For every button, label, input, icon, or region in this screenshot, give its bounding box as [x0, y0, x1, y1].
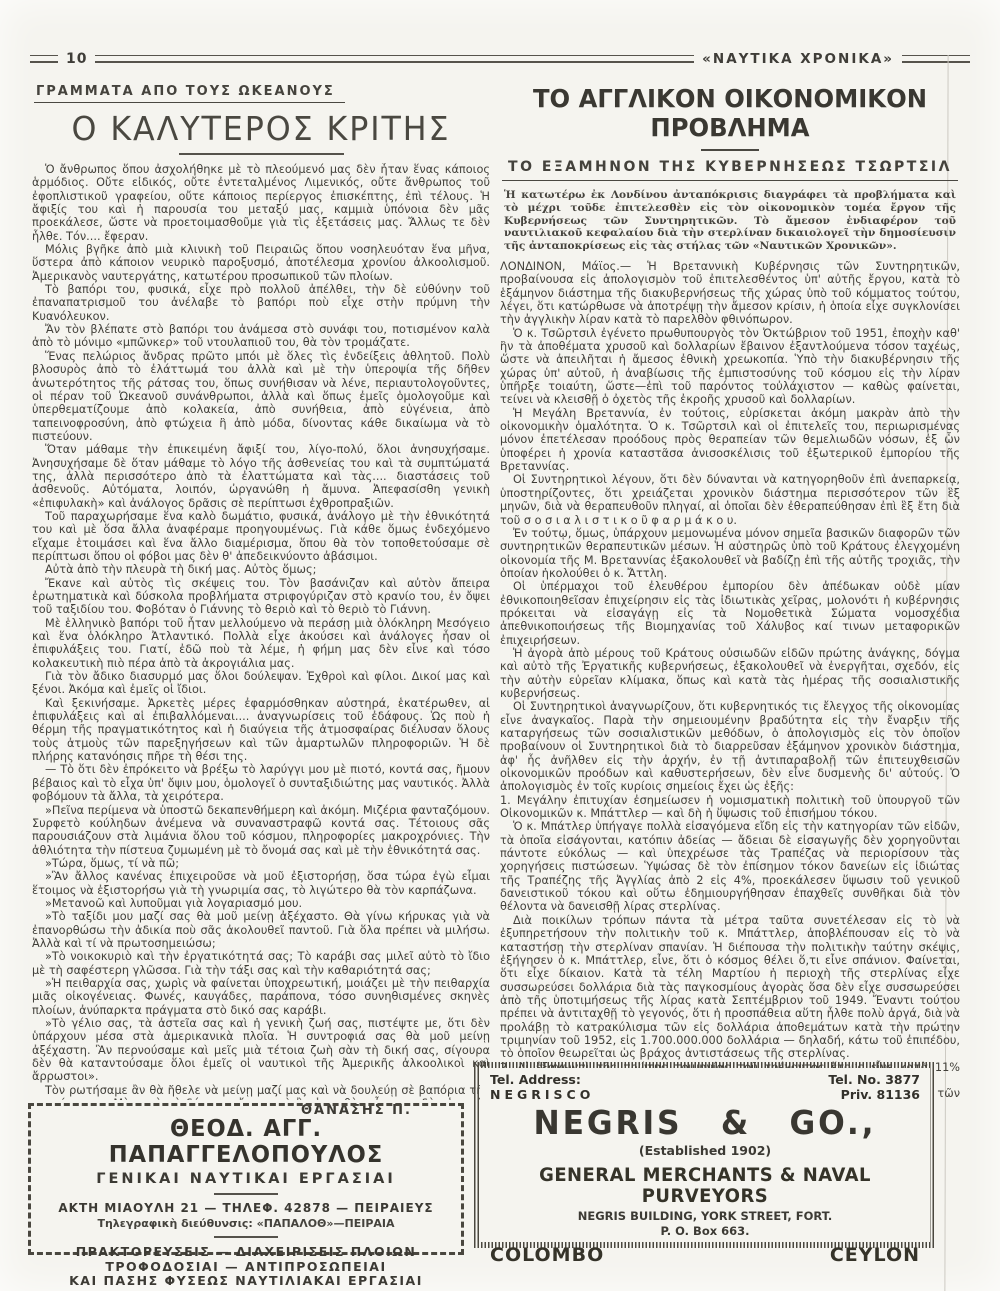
- article-paragraph: Καὶ ξεκινήσαμε. Ἀρκετὲς μέρες ἐφαρμόσθηκ…: [32, 697, 490, 764]
- ad-papaggelopoulos: ΘΕΟΔ. ΑΓΓ. ΠΑΠΑΓΓΕΛΟΠΟΥΛΟΣ ΓΕΝΙΚΑΙ ΝΑΥΤΙ…: [28, 1103, 464, 1255]
- kicker-label: ΓΡΑΜΜΑΤΑ ΑΠΟ ΤΟΥΣ ΩΚΕΑΝΟΥΣ: [34, 84, 345, 103]
- article-paragraph: »Τὸ ταξίδι μου μαζί σας θὰ μοῦ μείνῃ ἀξέ…: [32, 910, 490, 950]
- article-paragraph: Τὸ βαπόρι του, φυσικά, εἶχε πρὸ πολλοῦ ἀ…: [32, 283, 490, 323]
- article-paragraph: Ὁ κ. Τσῶρτσιλ ἐγένετο πρωθυπουργὸς τὸν Ὀ…: [500, 327, 960, 407]
- article-paragraph: Οἱ ὑπέρμαχοι τοῦ ἐλευθέρου ἐμπορίου δὲν …: [500, 580, 960, 647]
- right-article-subtitle: ΤΟ ΕΞΑΜΗΝΟΝ ΤΗΣ ΚΥΒΕΡΝΗΣΕΩΣ ΤΣΩΡΤΣΙΛ: [502, 159, 958, 181]
- right-title-rule: [701, 149, 759, 151]
- ad-negris-company-name: NEGRIS & GO.,: [501, 1103, 910, 1142]
- article-paragraph: Ὁ ἄνθρωπος ὅπου ἀσχολήθηκε μὲ τὸ πλεούμε…: [32, 163, 490, 243]
- article-paragraph: Ἄν τὸν βλέπατε στὸ βαπόρι του ἀνάμεσα στ…: [32, 323, 490, 350]
- article-paragraph: Διὰ ποικίλων τρόπων πάντα τὰ μέτρα ταῦτα…: [500, 914, 960, 1061]
- ad-negris-pobox-line: P. O. Box 663.: [490, 1224, 920, 1238]
- ad-papag-address: ΑΚΤΗ ΜΙΑΟΥΛΗ 21 — ΤΗΛΕΦ. 42878 — ΠΕΙΡΑΙΕ…: [31, 1201, 461, 1215]
- ad-papag-telegraph: Τηλεγραφικὴ διεύθυνσις: «ΠΑΠΑΛΟΘ»—ΠΕΙΡΑΙ…: [31, 1217, 461, 1230]
- right-article-body: ΛΟΝΔΙΝΟΝ, Μάϊος.— Ἡ Βρεταννικὴ Κυβέρνησι…: [500, 260, 960, 1102]
- left-article-body: Ὁ ἄνθρωπος ὅπου ἀσχολήθηκε μὲ τὸ πλεούμε…: [32, 163, 490, 1100]
- header-rule-middle: [95, 55, 694, 63]
- ad-negris-cities-row: COLOMBO CEYLON: [490, 1244, 920, 1266]
- ad-papag-service-line: ΚΑΙ ΠΑΣΗΣ ΦΥΣΕΩΣ ΝΑΥΤΙΛΙΑΚΑΙ ΕΡΓΑΣΙΑΙ: [31, 1274, 461, 1289]
- right-article-title: ΤΟ ΑΓΓΛΙΚΟΝ ΟΙΚΟΝΟΜΙΚΟΝ ΠΡΟΒΛΗΜΑ: [507, 84, 953, 142]
- ad-negris-established: (Established 1902): [490, 1143, 920, 1158]
- ad-negris-tel-address: Tel. Address: NEGRISCO: [490, 1072, 594, 1102]
- left-article-kicker: ΓΡΑΜΜΑΤΑ ΑΠΟ ΤΟΥΣ ΩΚΕΑΝΟΥΣ: [32, 80, 490, 103]
- article-paragraph: Τὸν ρωτήσαμε ἂν θὰ ἤθελε νὰ μείνῃ μαζί μ…: [32, 1084, 490, 1100]
- article-paragraph: »Τὸ νοικοκυριὸ καὶ τὴν ἐργατικότητά σας;…: [32, 950, 490, 977]
- ad-negris-building-line: NEGRIS BUILDING, YORK STREET, FORT.: [490, 1209, 920, 1223]
- article-paragraph: »Τὸ γέλιο σας, τὰ ἀστεῖα σας καὶ ἡ γενικ…: [32, 1017, 490, 1084]
- article-paragraph: Οἱ Συντηρητικοὶ λέγουν, ὅτι δὲν δύνανται…: [500, 473, 960, 526]
- article-paragraph: Οἱ Συντηρητικοὶ ἀναγνωρίζουν, ὅτι κυβερν…: [500, 700, 960, 793]
- right-article-lede: Ἡ κατωτέρω ἐκ Λονδίνου ἀνταπόκρισις διαγ…: [504, 189, 956, 253]
- article-paragraph: Ἡ ἀγορὰ ἀπὸ μέρους τοῦ Κράτους οὐσιωδῶν …: [500, 647, 960, 700]
- ad-papag-name: ΘΕΟΔ. ΑΓΓ. ΠΑΠΑΓΓΕΛΟΠΟΥΛΟΣ: [35, 1116, 456, 1168]
- article-paragraph: Ἐν τούτῳ, ὅμως, ὑπάρχουν μεμονωμένα μόνο…: [500, 527, 960, 580]
- article-paragraph: Ἔκανε καὶ αὐτὸς τὶς σκέψεις του. Τὸν βασ…: [32, 577, 490, 617]
- ad-papag-service-line: ΤΡΟΦΟΔΟΣΙΑΙ — ΑΝΤΙΠΡΟΣΩΠΕΙΑΙ: [31, 1260, 461, 1275]
- ad-negris-city-colombo: COLOMBO: [490, 1244, 604, 1266]
- ad-negris-contact-row: Tel. Address: NEGRISCO Tel. No. 3877 Pri…: [490, 1072, 920, 1102]
- article-paragraph: Ὁ κ. Μπάτλερ ὑπήγαγε πολλὰ εἰσαγόμενα εἴ…: [500, 820, 960, 913]
- article-paragraph: Ἕνας πελώριος ἄνδρας πρῶτο μπόι μὲ ὅλες …: [32, 350, 490, 443]
- article-paragraph: »Πεῖνα περίμενα νὰ ὑποστῶ δεκαπενθήμερη …: [32, 804, 490, 857]
- header-rule-left: [30, 55, 58, 63]
- article-paragraph: 1. Μεγάλην ἐπιτυχίαν ἐσημείωσεν ἡ νομισμ…: [500, 794, 960, 821]
- ad-papag-rule-2: [214, 1236, 278, 1238]
- article-paragraph: Μὲ ἑλληνικὸ βαπόρι τοῦ ἦταν μελλούμενο ν…: [32, 617, 490, 670]
- header-rule-right: [902, 55, 970, 63]
- article-paragraph: Γιὰ τὸν ἄδικο διασυρμό μας ὅλοι δούλεψαν…: [32, 670, 490, 697]
- tel-address-value: NEGRISCO: [490, 1087, 594, 1102]
- left-title-rule: [179, 153, 344, 155]
- right-article: ΤΟ ΑΓΓΛΙΚΟΝ ΟΙΚΟΝΟΜΙΚΟΝ ΠΡΟΒΛΗΜΑ ΤΟ ΕΞΑΜ…: [500, 84, 960, 1102]
- article-paragraph: »Μετανοῶ καὶ λυποῦμαι γιὰ λογαριασμό μου…: [32, 897, 490, 910]
- ad-papag-rule-1: [214, 1193, 278, 1195]
- ad-negris-city-ceylon: CEYLON: [830, 1244, 920, 1266]
- left-article: ΓΡΑΜΜΑΤΑ ΑΠΟ ΤΟΥΣ ΩΚΕΑΝΟΥΣ Ο ΚΑΛΥΤΕΡΟΣ Κ…: [32, 80, 490, 1118]
- ad-negris: Tel. Address: NEGRISCO Tel. No. 3877 Pri…: [480, 1068, 930, 1242]
- article-paragraph: Αὐτὰ ἀπὸ τὴν πλευρὰ τὴ δική μας. Αὐτὸς ὅ…: [32, 563, 490, 576]
- ad-papag-subtitle: ΓΕΝΙΚΑΙ ΝΑΥΤΙΚΑΙ ΕΡΓΑΣΙΑΙ: [31, 1171, 461, 1187]
- masthead-title: «ΝΑΥΤΙΚΑ ΧΡΟΝΙΚΑ»: [702, 51, 894, 67]
- ad-papag-service-line: ΠΡΑΚΤΟΡΕΥΣΕΙΣ — ΔΙΑΧΕΙΡΙΣΕΙΣ ΠΛΟΙΩΝ: [31, 1245, 461, 1260]
- page-header: 10 «ΝΑΥΤΙΚΑ ΧΡΟΝΙΚΑ»: [30, 50, 970, 68]
- article-paragraph: Ἡ Μεγάλη Βρεταννία, ἐν τούτοις, εὑρίσκετ…: [500, 407, 960, 474]
- ad-papag-services: ΠΡΑΚΤΟΡΕΥΣΕΙΣ — ΔΙΑΧΕΙΡΙΣΕΙΣ ΠΛΟΙΩΝΤΡΟΦΟ…: [31, 1245, 461, 1289]
- article-paragraph: Ὅταν μάθαμε τὴν ἐπικειμένη ἄφιξί του, λί…: [32, 443, 490, 510]
- tel-number: Tel. No. 3877: [828, 1072, 920, 1087]
- page-number: 10: [66, 51, 87, 67]
- left-article-title: Ο ΚΑΛΥΤΕΡΟΣ ΚΡΙΤΗΣ: [41, 109, 481, 148]
- article-paragraph: Τοῦ παραχωρήσαμε ἕνα καλὸ δωμάτιο, φυσικ…: [32, 510, 490, 563]
- article-paragraph: Μόλις βγῆκε ἀπὸ μιὰ κλινικὴ τοῦ Πειραιῶς…: [32, 243, 490, 283]
- article-paragraph: — Τὸ ὅτι δὲν ἐπρόκειτο νὰ βρέξω τὸ λαρύγ…: [32, 763, 490, 803]
- article-paragraph: »Ἂν ἄλλος κανένας ἐπιχειροῦσε νὰ μοῦ ἐξι…: [32, 870, 490, 897]
- article-paragraph: ΛΟΝΔΙΝΟΝ, Μάϊος.— Ἡ Βρεταννικὴ Κυβέρνησι…: [500, 260, 960, 327]
- tel-private-number: Priv. 81136: [828, 1087, 920, 1102]
- article-paragraph: »Ἡ πειθαρχία σας, χωρὶς νὰ φαίνεται ὑποχ…: [32, 977, 490, 1017]
- article-paragraph: »Τώρα, ὅμως, τί νὰ πῶ;: [32, 857, 490, 870]
- ad-negris-tel-numbers: Tel. No. 3877 Priv. 81136: [828, 1072, 920, 1102]
- ad-negris-frame: Tel. Address: NEGRISCO Tel. No. 3877 Pri…: [474, 1062, 936, 1248]
- ad-negris-business-line: GENERAL MERCHANTS & NAVAL PURVEYORS: [496, 1165, 913, 1207]
- tel-address-label: Tel. Address:: [490, 1072, 594, 1087]
